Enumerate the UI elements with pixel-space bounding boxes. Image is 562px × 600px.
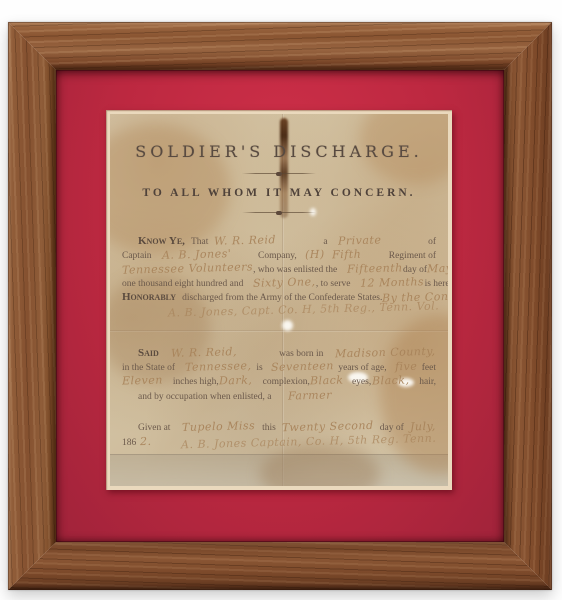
age-label: years of age, [338,363,386,373]
hw-rank: Private [337,233,381,247]
company-label: Company, [258,251,297,261]
hw-state: Tennessee, [185,359,252,374]
hw-captain-name: A. B. Jones' [161,247,231,262]
complexion-label: complexion, [263,377,310,387]
picture-frame: SOLDIER'S DISCHARGE. TO ALL WHOM IT MAY … [8,22,552,590]
hw-unit: Tennessee Volunteers [122,260,253,276]
hereby-label: is hereby [425,279,448,289]
is-label: is [256,363,262,373]
hw-occupation: Farmer [287,388,331,402]
hw-term: 12 Months [360,275,424,290]
hw-enlist-year: Sixty One, [253,275,316,290]
form-line-state-age: in the State of Tennessee, is Seventeen … [122,360,436,373]
hw-year-suffix: 2. [140,435,152,448]
hw-eyes: Black [310,374,344,388]
hw-company-letter: (H) [305,248,325,262]
form-line-given: Given at Tupelo Miss this Twenty Second … [122,420,436,433]
year-prefix: 186 [122,438,136,448]
day-of-label-2: day of [380,423,404,433]
ornament-divider-top [242,172,316,176]
hw-given-place: Tupelo Miss [182,419,256,434]
occupation-label: and by occupation when enlisted, a [138,392,272,402]
red-mat: SOLDIER'S DISCHARGE. TO ALL WHOM IT MAY … [56,70,504,542]
inches-label: inches high, [173,377,219,387]
hw-soldier-name-2: W. R. Reid, [171,345,237,360]
state-label: in the State of [122,363,175,373]
hw-officer-note: A. B. Jones, Capt. Co. H, 5th Reg., Tenn… [168,299,439,319]
a-label: a [323,237,327,247]
document-title: SOLDIER'S DISCHARGE. [110,142,448,161]
framed-photo-background: SOLDIER'S DISCHARGE. TO ALL WHOM IT MAY … [0,0,562,600]
frame-rail-right [504,22,552,590]
frame-rail-top [8,22,552,70]
hw-soldier-name: W. R. Reid [214,233,276,248]
hw-height-feet: five [394,360,417,374]
said-label: Said [138,347,159,359]
hw-enlist-month: May, [427,262,448,276]
year-label: one thousand eight hundred and [122,279,243,289]
stain-bottom-center [260,444,380,486]
ornament-divider-bottom [242,211,316,215]
enlisted-label: , who was enlisted the [253,265,337,275]
given-at-label: Given at [138,423,170,433]
form-line-signature: 186 2. A. B. Jones Captain, Co. H, 5th R… [122,435,436,448]
regiment-label: Regiment of [389,251,436,261]
captain-label: Captain [122,251,152,261]
form-line-know-ye: Know Ye, That W. R. Reid a Private of [122,234,436,247]
this-label: this [262,423,276,433]
form-line-year-term: one thousand eight hundred and Sixty One… [122,276,436,289]
feet-label: feet [422,363,436,373]
hw-complexion: Dark, [219,374,253,388]
form-line-said: Said W. R. Reid, was born in Madison Cou… [122,346,436,359]
form-line-enlisted: Tennessee Volunteers , who was enlisted … [122,262,436,275]
hw-regiment-number: Fifth [332,248,362,262]
hw-enlist-day: Fifteenth [347,261,403,275]
discharge-document: SOLDIER'S DISCHARGE. TO ALL WHOM IT MAY … [110,114,448,486]
form-line-occupation: and by occupation when enlisted, a Farme… [122,389,436,402]
hair-label: hair, [419,377,436,387]
document-salutation: TO ALL WHOM IT MAY CONCERN. [110,187,448,199]
hw-hair: Black, [372,374,410,388]
form-line-appearance: Eleven inches high, Dark, complexion, Bl… [122,374,436,387]
that-label: That [191,237,208,247]
of-label: of [428,237,436,247]
paper-loss-spot-center [282,320,293,331]
hw-birthplace: Madison County, [335,345,436,361]
honorably-label: Honorably [122,291,176,303]
born-label: was born in [279,349,323,359]
hw-height-inches: Eleven [122,373,163,387]
form-line-officer-note: A. B. Jones, Capt. Co. H, 5th Reg., Tenn… [122,303,436,316]
day-of-label: day of [403,265,427,275]
serve-label: , to serve [316,279,351,289]
mat-opening-bevel: SOLDIER'S DISCHARGE. TO ALL WHOM IT MAY … [106,110,452,490]
eyes-label: eyes, [352,377,371,387]
frame-rail-left [8,22,56,590]
know-ye-label: Know Ye, [138,235,185,247]
frame-rail-bottom [8,542,552,590]
form-line-company: Captain A. B. Jones' Company, (H) Fifth … [122,248,436,261]
hw-age: Seventeen [270,359,333,374]
hw-given-day: Twenty Second [282,419,374,434]
damage-streak [280,118,288,218]
